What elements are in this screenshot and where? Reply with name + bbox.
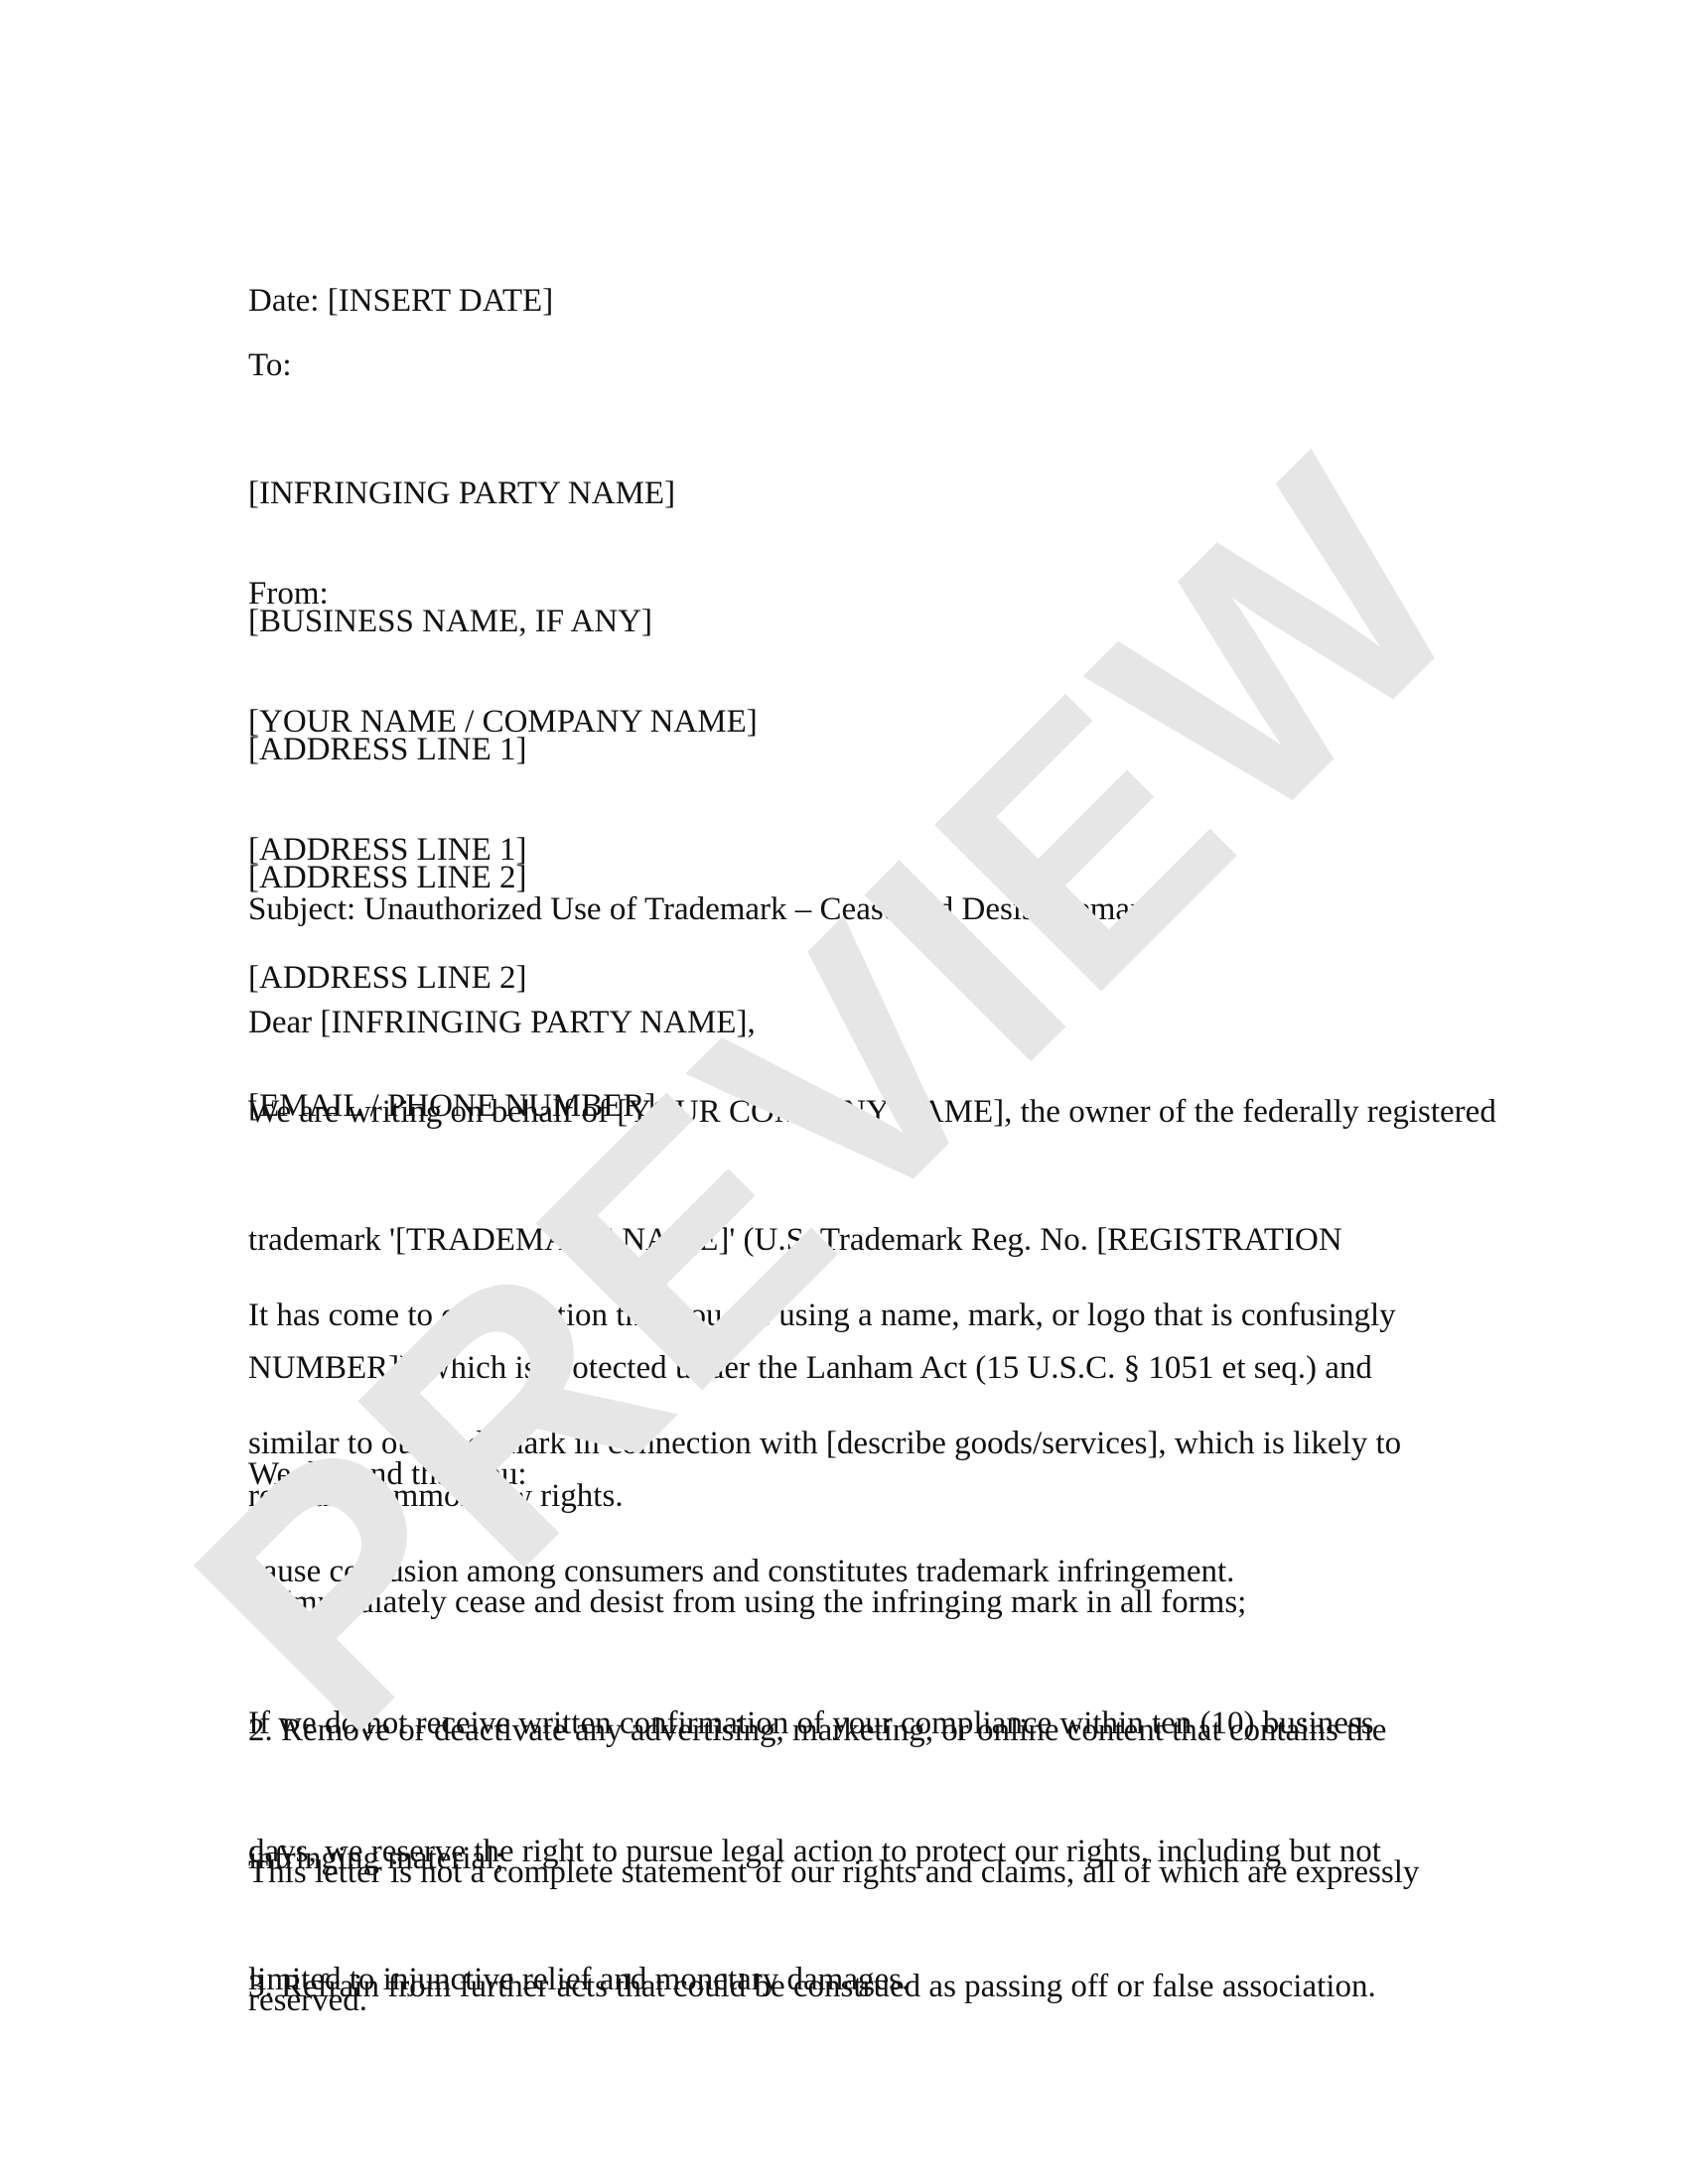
paragraph-line: This letter is not a complete statement … [248,1851,1440,1894]
paragraph-line: If we do not receive written confirmatio… [248,1703,1440,1745]
paragraph-reservation: This letter is not a complete statement … [248,1766,1440,2108]
paragraph-line: We are writing on behalf of [YOUR COMPAN… [248,1091,1440,1134]
paragraph-line: reserved. [248,1979,1440,2022]
demands-intro: We demand that you: [248,1453,1440,1496]
to-label: To: [248,344,1440,387]
document-page: Date: [INSERT DATE] To: [INFRINGING PART… [0,0,1688,2184]
from-label: From: [248,573,1440,615]
paragraph-line: It has come to our attention that you ar… [248,1295,1440,1337]
sender-name: [YOUR NAME / COMPANY NAME] [248,701,1440,744]
